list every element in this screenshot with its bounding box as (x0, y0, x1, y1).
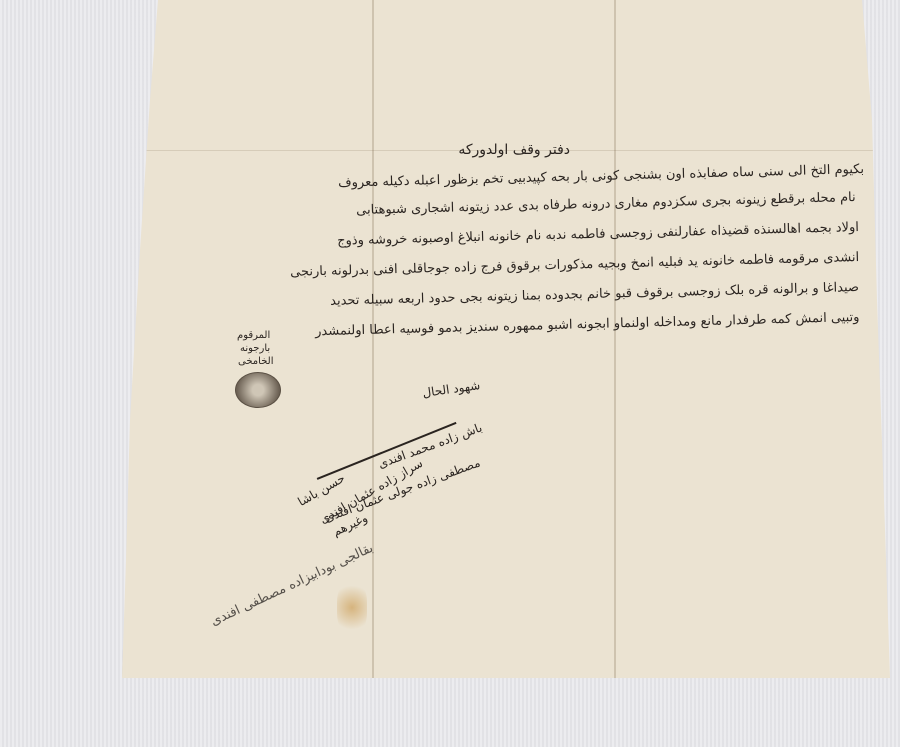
left-note: بارجونه (240, 343, 270, 354)
left-note: المرقوم (237, 330, 270, 341)
document-paper: دفتر وقف اولدورکه بکیوم التخ الی سنی ساه… (122, 0, 892, 678)
seal-stamp-icon (235, 372, 281, 408)
left-note: الخامخی (238, 356, 273, 367)
body-line: نام محله برقطع زینونه بجری سکزدوم مغاری … (356, 190, 856, 218)
vertical-fold (372, 0, 374, 678)
body-line: بکیوم التخ الی سنی ساه صفابذه اون بشنجی … (338, 162, 864, 191)
vertical-fold (614, 0, 616, 678)
body-line: وتبیی انمش کمه طرفدار مانع ومداخله اولنم… (315, 310, 860, 339)
witnesses-heading: شهود الحال (422, 378, 481, 400)
stain-mark (337, 580, 367, 635)
body-line: صیداغا و برالونه قره بلک زوجسی برقوف قبو… (330, 280, 859, 309)
document-heading: دفتر وقف اولدورکه (458, 142, 570, 158)
body-line: انشدی مرقومه فاطمه خانونه ید فبلیه انمخ … (290, 250, 859, 280)
body-line: اولاد بجمه اهالسنذه قضیذاه عفارلنفی زوجس… (337, 220, 859, 249)
